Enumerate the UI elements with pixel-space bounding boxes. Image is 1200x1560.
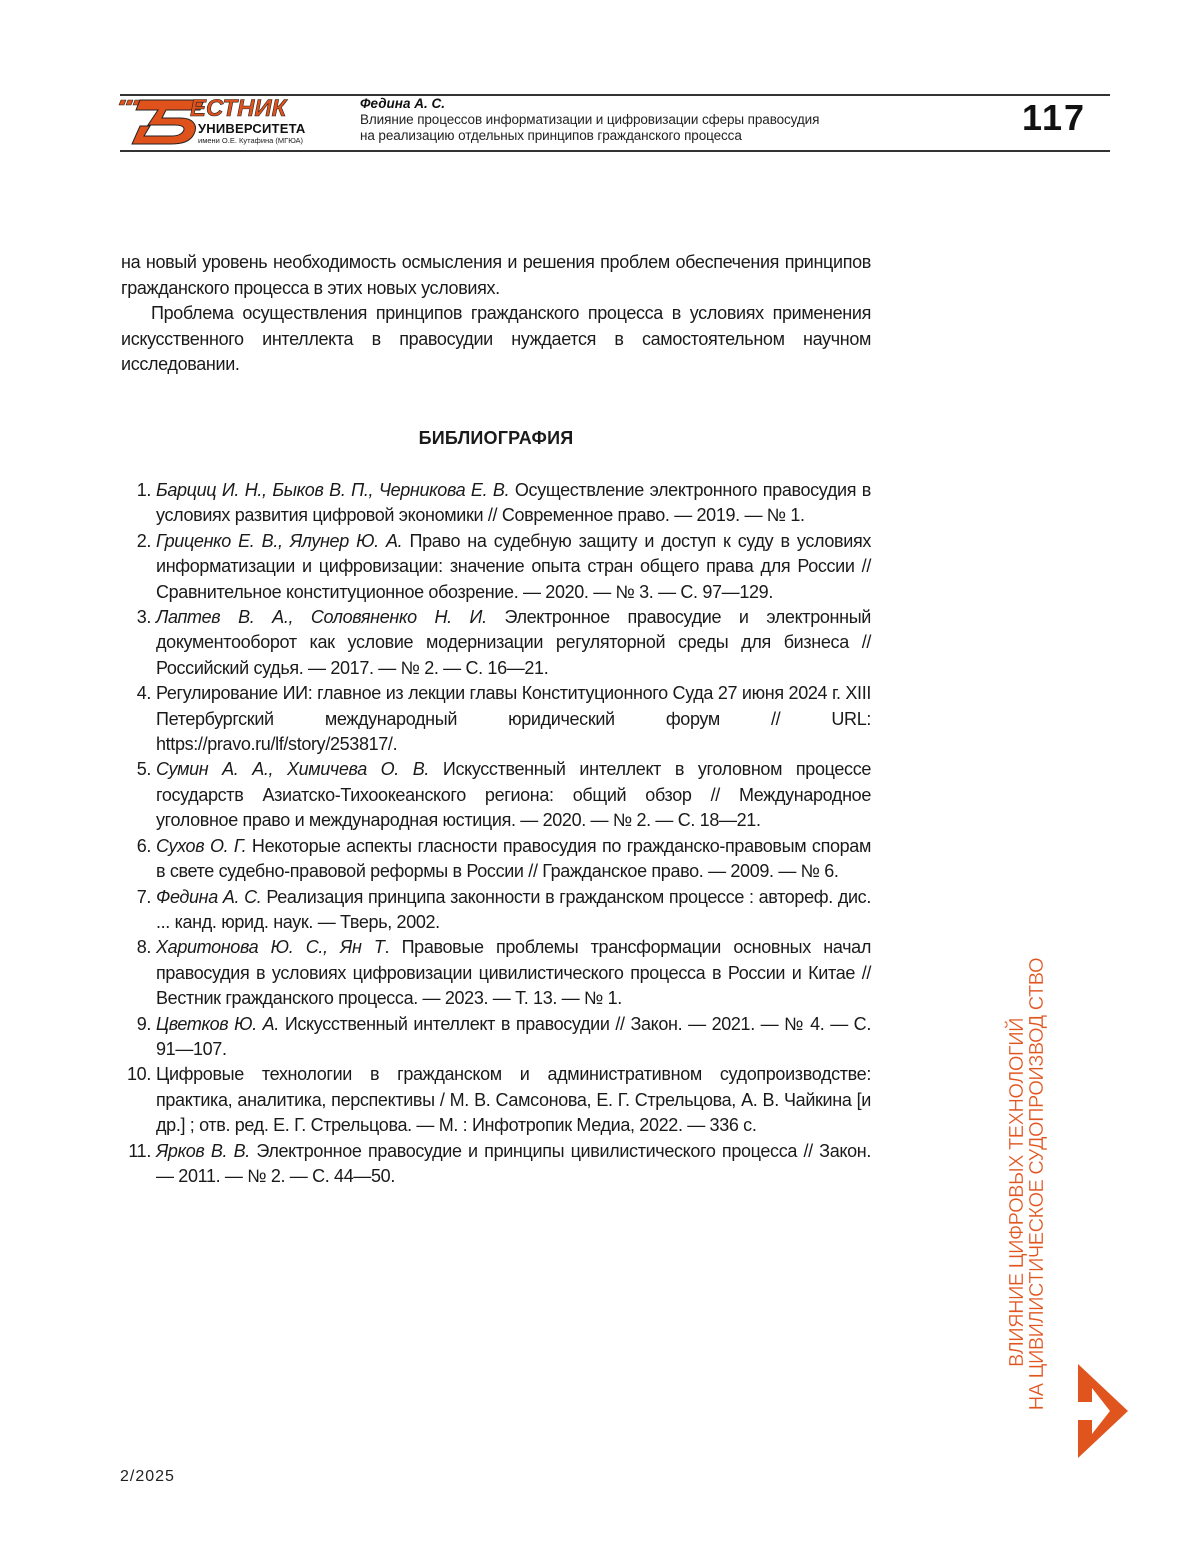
issue-number: 2/2025 xyxy=(120,1468,175,1486)
bibliography-item-text: Реализация принципа законности в граждан… xyxy=(156,887,871,932)
bibliography-item-number: 11. xyxy=(121,1139,151,1164)
bibliography-item: 9.Цветков Ю. А. Искусственный интеллект … xyxy=(121,1012,871,1063)
logo-word: ЕСТНИК xyxy=(190,96,286,122)
bibliography-item: 11.Ярков В. В. Электронное правосудие и … xyxy=(121,1139,871,1190)
journal-logo: ЕСТНИК УНИВЕРСИТЕТА имени О.Е. Кутафина … xyxy=(118,96,328,148)
running-head-author: Федина А. С. xyxy=(360,96,1020,112)
bibliography-item-author: Ярков В. В. xyxy=(156,1141,250,1161)
side-tab-line2: НА ЦИВИЛИСТИЧЕСКОЕ СУДОПРОИЗВОД СТВО xyxy=(1026,958,1048,1410)
bibliography-item: 7.Федина А. С. Реализация принципа закон… xyxy=(121,885,871,936)
running-head-title-line2: на реализацию отдельных принципов гражда… xyxy=(360,128,1020,144)
bibliography-item-author: Барциц И. Н., Быков В. П., Черникова Е. … xyxy=(156,480,509,500)
bibliography-item-number: 5. xyxy=(121,757,151,782)
bibliography-item-author: Харитонова Ю. С., Ян Т xyxy=(156,937,385,957)
bibliography-item-author: Федина А. С. xyxy=(156,887,261,907)
bibliography-item-number: 10. xyxy=(121,1062,151,1087)
body-paragraph: на новый уровень необходимость осмыслени… xyxy=(121,250,871,301)
bibliography-item-text: Регулирование ИИ: главное из лекции глав… xyxy=(156,683,871,754)
bibliography-item: 2.Гриценко Е. В., Ялунер Ю. А. Право на … xyxy=(121,529,871,605)
bibliography-item-number: 7. xyxy=(121,885,151,910)
bibliography-item-number: 6. xyxy=(121,834,151,859)
bibliography-item-number: 4. xyxy=(121,681,151,706)
bibliography-item: 8.Харитонова Ю. С., Ян Т. Правовые пробл… xyxy=(121,935,871,1011)
bibliography-item-text: Цифровые технологии в гражданском и адми… xyxy=(156,1064,871,1135)
bibliography-item: 4.Регулирование ИИ: главное из лекции гл… xyxy=(121,681,871,757)
bibliography-item-number: 9. xyxy=(121,1012,151,1037)
running-head-title-line1: Влияние процессов информатизации и цифро… xyxy=(360,112,1020,128)
bibliography-list: 1.Барциц И. Н., Быков В. П., Черникова Е… xyxy=(121,478,871,1189)
body-paragraph: Проблема осуществления принципов граждан… xyxy=(121,301,871,378)
running-head: Федина А. С. Влияние процессов информати… xyxy=(360,96,1020,144)
bibliography-item: 6.Сухов О. Г. Некоторые аспекты гласност… xyxy=(121,834,871,885)
bibliography-item-author: Цветков Ю. А. xyxy=(156,1014,279,1034)
bibliography-item-number: 1. xyxy=(121,478,151,503)
bibliography-item-author: Лаптев В. А., Соловяненко Н. И. xyxy=(156,607,487,627)
article-body: на новый уровень необходимость осмыслени… xyxy=(121,250,871,378)
page-number: 117 xyxy=(1022,98,1086,138)
bibliography-item-number: 8. xyxy=(121,935,151,960)
header-bottom-rule xyxy=(120,150,1110,152)
arrow-right-icon xyxy=(1076,1362,1130,1460)
bibliography-item-author: Гриценко Е. В., Ялунер Ю. А. xyxy=(156,531,402,551)
bibliography-item-number: 2. xyxy=(121,529,151,554)
bibliography-item-text: Электронное правосудие и принципы цивили… xyxy=(156,1141,871,1186)
bibliography-item: 5.Сумин А. А., Химичева О. В. Искусствен… xyxy=(121,757,871,833)
side-tab-text: ВЛИЯНИЕ ЦИФРОВЫХ ТЕХНОЛОГИЙ xyxy=(1006,1018,1028,1367)
logo-subtitle: имени О.Е. Кутафина (МГЮА) xyxy=(198,136,303,145)
side-tab-line1: ВЛИЯНИЕ ЦИФРОВЫХ ТЕХНОЛОГИЙ xyxy=(1006,1018,1028,1367)
side-tab-text: НА ЦИВИЛИСТИЧЕСКОЕ СУДОПРОИЗВОД СТВО xyxy=(1026,958,1048,1410)
bibliography-item: 1.Барциц И. Н., Быков В. П., Черникова Е… xyxy=(121,478,871,529)
bibliography-item-author: Сумин А. А., Химичева О. В. xyxy=(156,759,429,779)
bibliography-item-author: Сухов О. Г. xyxy=(156,836,246,856)
bibliography-item-text: Некоторые аспекты гласности правосудия п… xyxy=(156,836,871,881)
logo-university: УНИВЕРСИТЕТА xyxy=(198,122,305,136)
bibliography-item: 3.Лаптев В. А., Соловяненко Н. И. Электр… xyxy=(121,605,871,681)
bibliography-item: 10.Цифровые технологии в гражданском и а… xyxy=(121,1062,871,1138)
bibliography-heading: БИБЛИОГРАФИЯ xyxy=(121,426,871,450)
bibliography-item-number: 3. xyxy=(121,605,151,630)
